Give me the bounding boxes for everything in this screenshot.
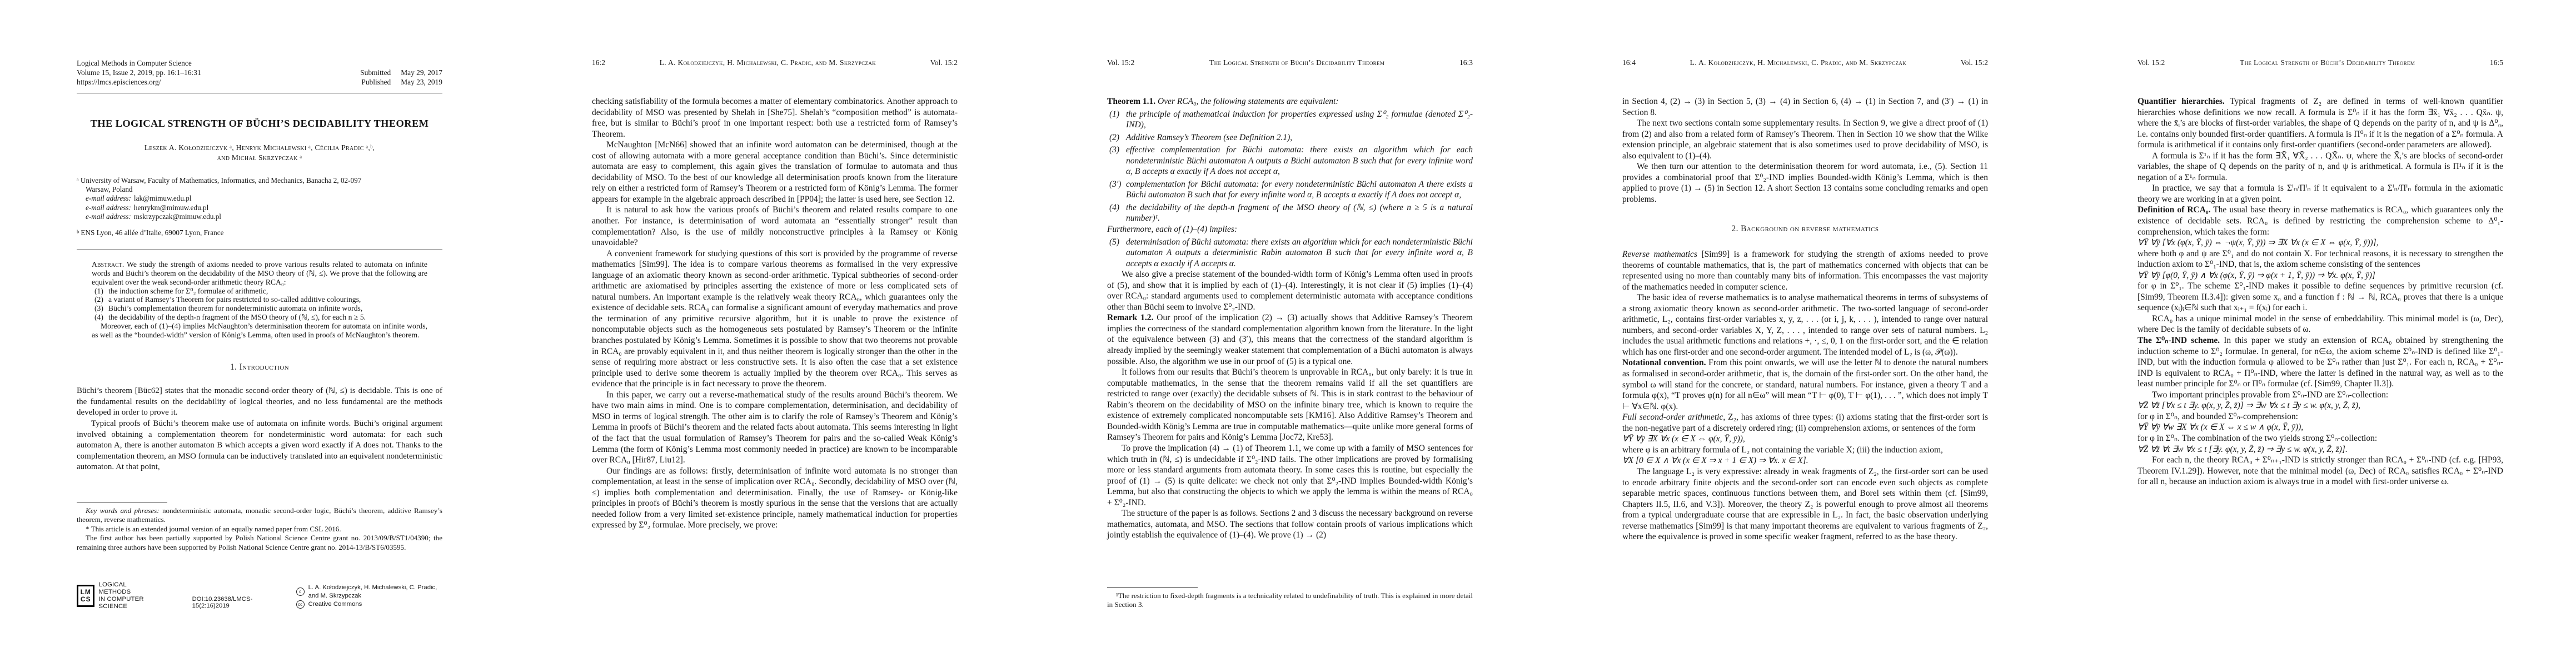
footnote-rule	[77, 502, 167, 502]
submitted-label: Submitted	[360, 68, 391, 77]
running-head: 16:2 L. A. Kołodziejczyk, H. Michalewski…	[592, 58, 958, 67]
item-number: (3)	[1109, 145, 1119, 156]
paragraph: A formula is Σ¹ₙ if it has the form ∃X̄₁…	[2137, 151, 2503, 183]
abstract-outro: Moreover, each of (1)–(4) implies McNaug…	[92, 322, 427, 340]
published-date: May 23, 2019	[401, 77, 442, 87]
quantifier-hierarchies: Quantifier hierarchies. Typical fragment…	[2137, 96, 2503, 151]
email-label: e-mail address:	[86, 212, 131, 221]
running-head-title: The Logical Strength of Büchi’s Decidabi…	[2240, 58, 2415, 67]
paragraph: for φ in Σ⁰ₙ, and bounded Σ⁰ₙ-comprehens…	[2137, 411, 2503, 422]
journal-volume: Volume 15, Issue 2, 2019, pp. 16:1–16:31	[77, 68, 201, 77]
paragraph: Our findings are as follows: firstly, de…	[592, 466, 958, 531]
paragraph: In this paper, we carry out a reverse-ma…	[592, 390, 958, 466]
affiliation-a: ᵃ University of Warsaw, Faculty of Mathe…	[77, 176, 442, 185]
copyright-holders: L. A. Kołodziejczyk, H. Michalewski, C. …	[308, 584, 449, 600]
page-3: Vol. 15:2 The Logical Strength of Büchi’…	[1030, 0, 1546, 667]
body-text: in Section 4, (2) → (3) in Section 5, (3…	[1622, 96, 1988, 542]
abstract: Abstract. We study the strength of axiom…	[92, 260, 427, 339]
item-number: (2)	[94, 295, 103, 304]
paragraph: The language L₂ is very expressive: alre…	[1622, 466, 1988, 542]
paragraph: McNaughton [McN66] showed that an infini…	[592, 140, 958, 205]
remark: Remark 1.2. Our proof of the implication…	[1107, 312, 1473, 367]
abstract-intro: We study the strength of axioms needed t…	[92, 260, 427, 286]
abstract-item: (1)the induction scheme for Σ⁰₂ formulae…	[92, 287, 427, 296]
equation-sigma01-induction: ∀Ȳ ∀ȳ [φ(0, Ȳ, ȳ) ∧ ∀x (φ(x, Ȳ, ȳ) ⇒ φ(x…	[2137, 270, 2503, 281]
paragraph: where both φ and ψ are Σ⁰₁ and do not co…	[2137, 248, 2503, 270]
equation-delta01-comprehension: ∀Ȳ ∀ȳ [∀x (φ(x, Ȳ, ȳ) ⇔ ¬ψ(x, Ȳ, ȳ)) ⇒ ∃…	[2137, 237, 2503, 248]
page-number: 16:2	[592, 58, 605, 67]
paragraph: The next two sections contain some suppl…	[1622, 118, 1988, 161]
email-row: e-mail address:lak@mimuw.edu.pl	[77, 194, 442, 203]
footnote-1: ¹The restriction to fixed-depth fragment…	[1107, 591, 1473, 610]
paragraph: For each n, the theory RCA₀ + Σ⁰ₙ₊₁-IND …	[2137, 455, 2503, 487]
running-head: Vol. 15:2 The Logical Strength of Büchi’…	[2137, 58, 2503, 67]
item-number: (4)	[1109, 202, 1119, 213]
creative-commons-icon: cc	[296, 600, 305, 609]
theorem-item: (4)the decidability of the depth-n fragm…	[1107, 202, 1473, 224]
item-text: complementation for Büchi automata: for …	[1126, 180, 1473, 200]
published-label: Published	[361, 77, 391, 87]
remark-text: Our proof of the implication (2) → (3) a…	[1107, 313, 1473, 366]
journal-name: Logical Methods in Computer Science	[77, 58, 201, 68]
abstract-label: Abstract.	[92, 260, 124, 268]
theorem-item: (1)the principle of mathematical inducti…	[1107, 109, 1473, 131]
doi: DOI:10.23638/LMCS-15(2:16)2019	[192, 596, 268, 609]
item-text: Büchi’s complementation theorem for nond…	[108, 304, 362, 312]
item-number: (4)	[94, 313, 103, 322]
body-text: Theorem 1.1. Over RCA₀, the following st…	[1107, 96, 1473, 541]
page-number: 16:5	[2490, 58, 2503, 67]
paper-title: THE LOGICAL STRENGTH OF BÜCHI’S DECIDABI…	[77, 118, 442, 130]
journal-url: https://lmcs.episciences.org/	[77, 77, 201, 87]
email-row: e-mail address:mskrzypczak@mimuw.edu.pl	[77, 212, 442, 221]
page-4: 16:4 L. A. Kołodziejczyk, H. Michalewski…	[1546, 0, 2061, 667]
footer-name-line2: IN COMPUTER SCIENCE	[98, 596, 157, 610]
authors-line-2: and Michał Skrzypczak ᵃ	[77, 153, 442, 163]
paragraph: We then turn our attention to the determ…	[1622, 161, 1988, 205]
item-number: (1)	[94, 287, 103, 296]
authors: Leszek A. Kołodziejczyk ᵃ, Henryk Michal…	[77, 143, 442, 163]
item-number: (2)	[1109, 132, 1119, 143]
abstract-rule	[77, 250, 442, 250]
footer-name-line1: LOGICAL METHODS	[98, 581, 157, 596]
volume-ref: Vol. 15:2	[1961, 58, 1988, 67]
block-label: Quantifier hierarchies.	[2137, 97, 2225, 106]
page-number: 16:4	[1622, 58, 1636, 67]
paragraph: for φ in Σ⁰₁. The scheme Σ⁰₁-IND makes i…	[2137, 281, 2503, 313]
email-row: e-mail address:henrykm@mimuw.edu.pl	[77, 203, 442, 212]
equation-comprehension: ∀Ȳ ∀ȳ ∃X ∀x (x ∈ X ⇔ φ(x, Ȳ, ȳ)),	[1622, 434, 1988, 445]
paragraph: Two important principles provable from Σ…	[2137, 390, 2503, 401]
theorem-item: (2)Additive Ramsey’s Theorem (see Defini…	[1107, 132, 1473, 143]
paragraph: checking satisfiability of the formula b…	[592, 96, 958, 140]
paragraph: Büchi’s theorem [Büc62] states that the …	[77, 386, 442, 419]
notational-convention: Notational convention. From this point o…	[1622, 357, 1988, 412]
equation-collection: ∀Z̄ ∀z̄ [∀x ≤ t ∃y. φ(x, y, Z̄, z̄)] ⇒ ∃…	[2137, 400, 2503, 411]
item-text: the principle of mathematical induction …	[1126, 109, 1473, 130]
equation-bounded-comprehension: ∀Ȳ ∀ȳ ∀w ∃X ∀x (x ∈ X ⇔ x ≤ w ∧ φ(x, Ȳ, …	[2137, 422, 2503, 433]
theorem-item: (3′)complementation for Büchi automata: …	[1107, 179, 1473, 201]
submission-info: SubmittedMay 29, 2017 PublishedMay 23, 2…	[360, 68, 442, 87]
item-text: effective complementation for Büchi auto…	[1126, 145, 1473, 176]
body-text: checking satisfiability of the formula b…	[592, 96, 958, 531]
item-text: the decidability of the depth-n fragment…	[108, 313, 366, 321]
paragraph: The structure of the paper is as follows…	[1107, 508, 1473, 541]
equation-strong-collection: ∀Z̄ ∀z̄ ∀t ∃w ∀x ≤ t [∃y. φ(x, y, Z̄, z̄…	[2137, 444, 2503, 455]
paragraph: for φ in Σ⁰ₙ. The combination of the two…	[2137, 433, 2503, 444]
page-2: 16:2 L. A. Kołodziejczyk, H. Michalewski…	[515, 0, 1030, 667]
paragraph: In practice, we say that a formula is Σⁱ…	[2137, 183, 2503, 205]
body-text: Quantifier hierarchies. Typical fragment…	[2137, 96, 2503, 487]
paragraph: It is natural to ask how the various pro…	[592, 205, 958, 248]
keywords-label: Key words and phrases:	[86, 506, 160, 515]
definition-rca0: Definition of RCA₀. The usual base theor…	[2137, 205, 2503, 237]
paragraph: A convenient framework for studying ques…	[592, 248, 958, 390]
journal-info: Logical Methods in Computer Science Volu…	[77, 58, 201, 87]
email-address: henrykm@mimuw.edu.pl	[134, 203, 208, 212]
running-head-title: The Logical Strength of Büchi’s Decidabi…	[1209, 58, 1384, 67]
email-label: e-mail address:	[86, 194, 131, 202]
paragraph: Reverse mathematics [Sim99] is a framewo…	[1622, 249, 1988, 292]
running-head-authors: L. A. Kołodziejczyk, H. Michalewski, C. …	[1690, 58, 1906, 67]
block-label: Notational convention.	[1622, 358, 1706, 367]
theorem-intro: Over RCA₀, the following statements are …	[1158, 97, 1339, 106]
footnote-block: ¹The restriction to fixed-depth fragment…	[1107, 587, 1473, 610]
footnote-block: Key words and phrases: nondeterministic …	[77, 502, 442, 552]
journal-footer: LM CS LOGICAL METHODS IN COMPUTER SCIENC…	[77, 581, 449, 610]
email-label: e-mail address:	[86, 203, 131, 212]
paragraph: It follows from our results that Büchi’s…	[1107, 367, 1473, 443]
item-number: (5)	[1109, 237, 1119, 248]
item-text: Additive Ramsey’s Theorem (see Definitio…	[1126, 133, 1292, 142]
theorem-item: (3)effective complementation for Büchi a…	[1107, 145, 1473, 177]
license-name: Creative Commons	[308, 600, 362, 609]
page-5: Vol. 15:2 The Logical Strength of Büchi’…	[2061, 0, 2576, 667]
lead-italic: Full second-order arithmetic	[1622, 412, 1723, 422]
journal-footer-name: LOGICAL METHODS IN COMPUTER SCIENCE	[98, 581, 157, 610]
footnote-rule	[1107, 587, 1198, 588]
paragraph: We also give a precise statement of the …	[1107, 269, 1473, 312]
section-heading-background: 2. Background on reverse mathematics	[1622, 223, 1988, 235]
item-text: the induction scheme for Σ⁰₂ formulae of…	[108, 287, 268, 295]
theorem-item: (5)determinisation of Büchi automata: th…	[1107, 237, 1473, 270]
footnote-star: * This article is an extended journal ve…	[77, 525, 442, 534]
abstract-item: (3)Büchi’s complementation theorem for n…	[92, 304, 427, 313]
email-address: mskrzypczak@mimuw.edu.pl	[134, 212, 221, 221]
lead-italic: Reverse mathematics	[1622, 250, 1697, 259]
section-heading-introduction: 1. Introduction	[77, 362, 442, 372]
theorem-label: Theorem 1.1.	[1107, 97, 1155, 106]
item-text: a variant of Ramsey’s Theorem for pairs …	[108, 295, 361, 303]
paragraph: The basic idea of reverse mathematics is…	[1622, 292, 1988, 357]
item-text: determinisation of Büchi automata: there…	[1126, 237, 1473, 268]
email-address: lak@mimuw.edu.pl	[134, 194, 192, 202]
volume-ref: Vol. 15:2	[2137, 58, 2165, 67]
header-rule	[77, 93, 442, 93]
affiliation-a-cont: Warsaw, Poland	[77, 185, 442, 194]
abstract-item: (4)the decidability of the depth-n fragm…	[92, 313, 427, 322]
front-matter-header: Logical Methods in Computer Science Volu…	[77, 58, 442, 87]
paragraph: Typical proofs of Büchi’s theorem make u…	[77, 419, 442, 473]
affiliation-b: ᵇ ENS Lyon, 46 allée d’Italie, 69007 Lyo…	[77, 228, 442, 237]
page-number: 16:3	[1459, 58, 1473, 67]
block-label: Definition of RCA₀.	[2137, 205, 2210, 215]
paragraph: in Section 4, (2) → (3) in Section 5, (3…	[1622, 96, 1988, 118]
submitted-date: May 29, 2017	[401, 68, 442, 77]
paragraph: To prove the implication (4) → (1) of Th…	[1107, 443, 1473, 508]
body-text: Büchi’s theorem [Büc62] states that the …	[77, 386, 442, 472]
copyright-block: cL. A. Kołodziejczyk, H. Michalewski, C.…	[296, 584, 449, 609]
item-number: (3′)	[1109, 179, 1121, 190]
abstract-item: (2)a variant of Ramsey’s Theorem for pai…	[92, 295, 427, 304]
theorem-furthermore: Furthermore, each of (1)–(4) implies:	[1107, 224, 1473, 235]
item-number: (1)	[1109, 109, 1119, 120]
volume-ref: Vol. 15:2	[1107, 58, 1134, 67]
remark-label: Remark 1.2.	[1107, 313, 1153, 322]
sigma0n-ind-scheme: The Σ⁰ₙ-IND scheme. In this paper we stu…	[2137, 335, 2503, 390]
item-number: (3)	[94, 304, 103, 313]
page-1: Logical Methods in Computer Science Volu…	[0, 0, 515, 667]
running-head-authors: L. A. Kołodziejczyk, H. Michalewski, C. …	[660, 58, 876, 67]
volume-ref: Vol. 15:2	[930, 58, 958, 67]
lmcs-logo-bottom: CS	[81, 596, 91, 603]
journal-article-spread: Logical Methods in Computer Science Volu…	[0, 0, 2576, 667]
lmcs-logo: LM CS	[77, 585, 94, 607]
paragraph: RCA₀ has a unique minimal model in the s…	[2137, 313, 2503, 335]
item-text: the decidability of the depth-n fragment…	[1126, 203, 1473, 223]
running-head: 16:4 L. A. Kołodziejczyk, H. Michalewski…	[1622, 58, 1988, 67]
authors-line-1: Leszek A. Kołodziejczyk ᵃ, Henryk Michal…	[77, 143, 442, 153]
affiliations: ᵃ University of Warsaw, Faculty of Mathe…	[77, 176, 442, 237]
running-head: Vol. 15:2 The Logical Strength of Büchi’…	[1107, 58, 1473, 67]
block-label: The Σ⁰ₙ-IND scheme.	[2137, 336, 2220, 345]
copyright-icon: c	[296, 588, 305, 596]
equation-induction-axiom: ∀X [0 ∈ X ∧ ∀x (x ∈ X ⇒ x + 1 ∈ X) ⇒ ∀x.…	[1622, 455, 1988, 466]
footnote-grant: The first author has been partially supp…	[77, 534, 442, 552]
theorem-head: Theorem 1.1. Over RCA₀, the following st…	[1107, 96, 1473, 107]
paragraph: where φ is an arbitrary formula of L₂ no…	[1622, 445, 1988, 456]
full-z2-paragraph: Full second-order arithmetic, Z₂, has ax…	[1622, 412, 1988, 434]
